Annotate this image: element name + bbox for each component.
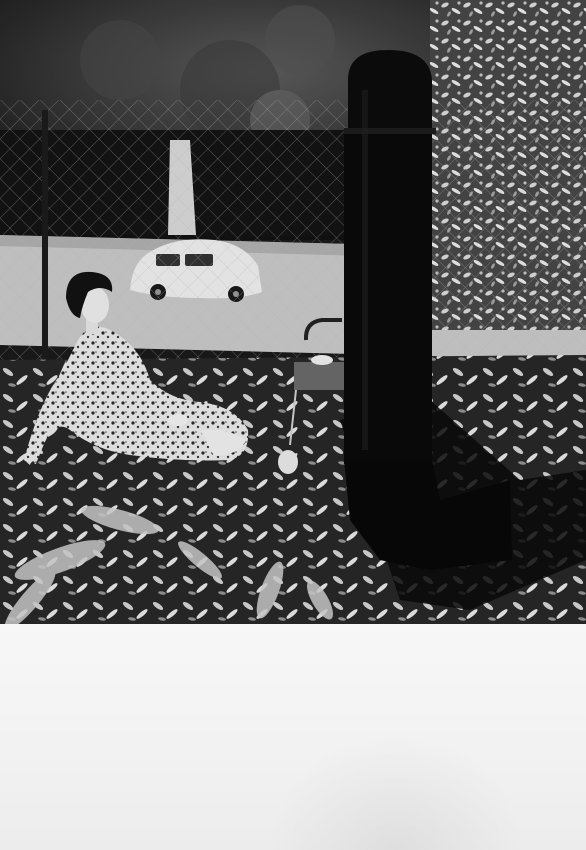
photo-scene: [0, 0, 586, 624]
paper-margin: [0, 624, 586, 850]
paper-shading: [266, 730, 526, 850]
photograph: [0, 0, 586, 624]
photo-print: [0, 0, 586, 850]
